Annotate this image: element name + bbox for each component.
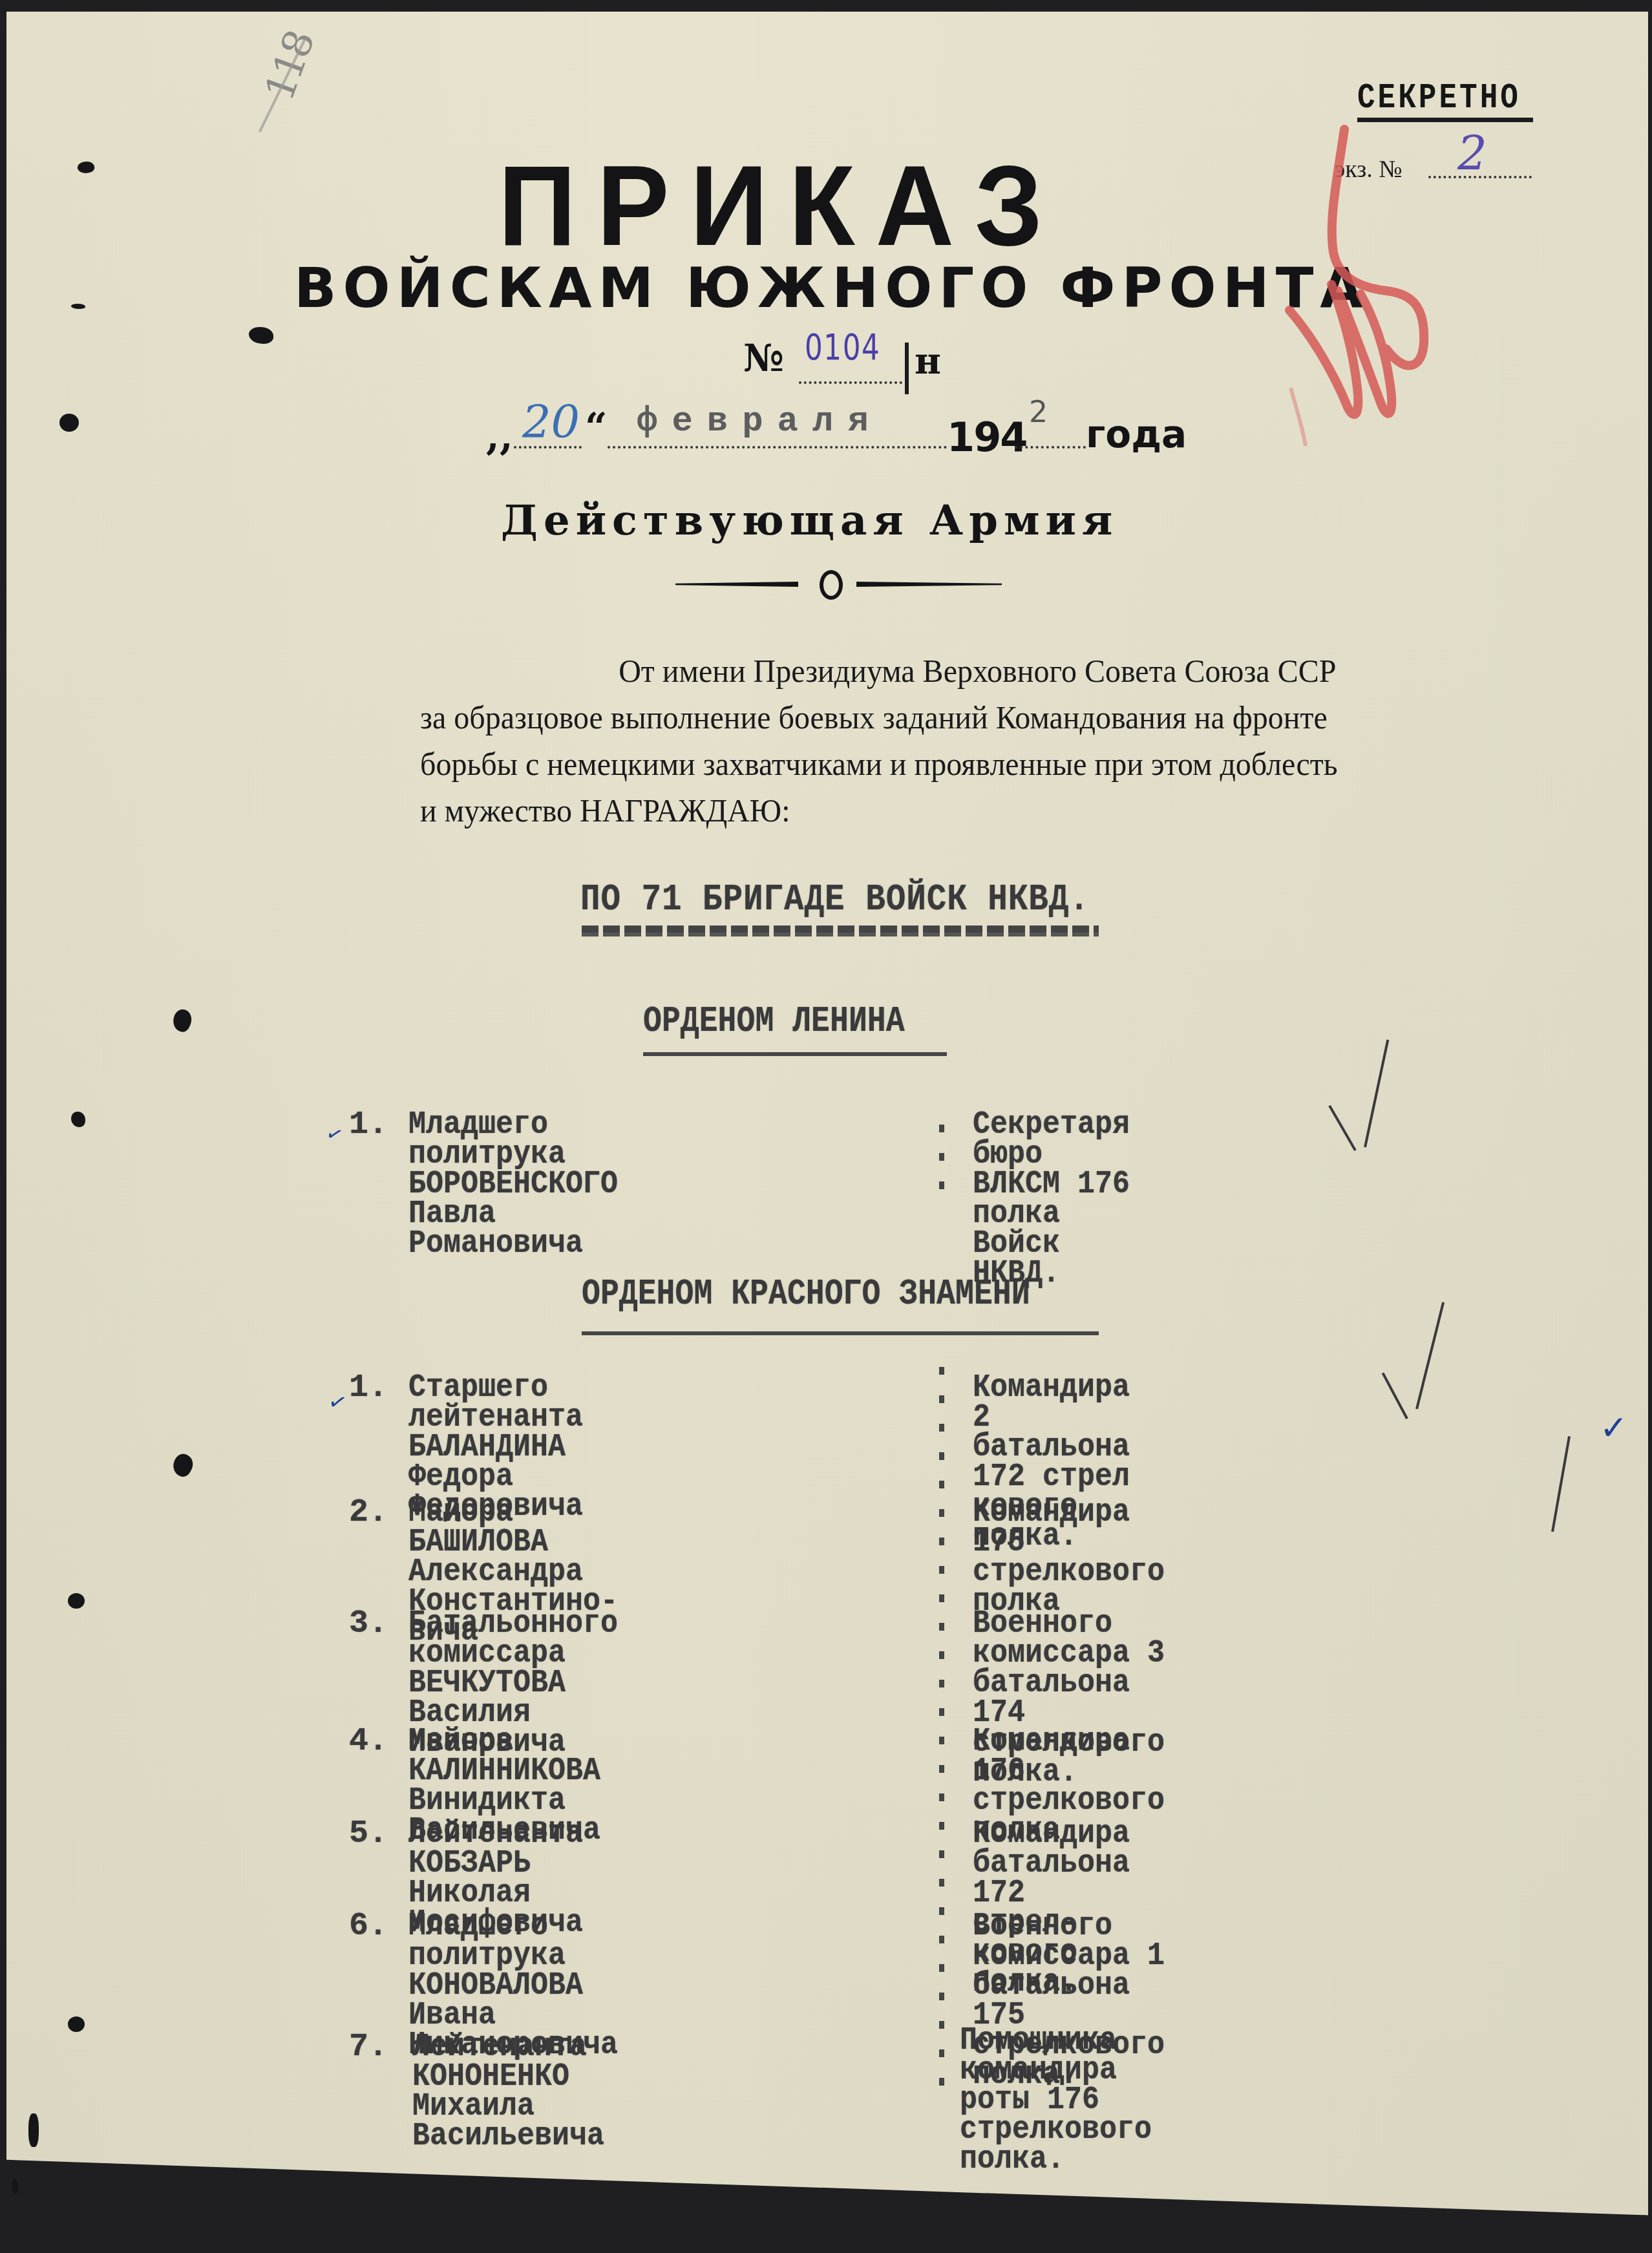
- unit-heading: ПО 71 БРИГАДЕ ВОЙСК НКВД.: [580, 879, 1090, 921]
- date-year-line: [1015, 446, 1086, 449]
- document-subtitle: ВОЙСКАМ ЮЖНОГО ФРОНТА: [294, 256, 1370, 321]
- date-year-prefix: 194: [947, 414, 1026, 461]
- column-separator: [939, 1367, 944, 2104]
- recipient-name: Лейтенанта КОНОНЕНКО Михаила Васильевича: [412, 2033, 604, 2152]
- location-heading: Действующая Армия: [501, 496, 1118, 545]
- punch-hole: [71, 1112, 85, 1127]
- punch-hole: [59, 414, 79, 432]
- item-number: 4.: [349, 1727, 388, 1757]
- preamble-line: за образцовое выполнение боевых заданий …: [420, 699, 1328, 735]
- order-number-separator: [905, 343, 909, 394]
- order-number-label: №: [743, 336, 784, 380]
- order-number-value: 0104: [805, 326, 880, 368]
- section-heading-underline: [643, 1052, 947, 1056]
- date-open-quote: ,,: [486, 414, 513, 459]
- preamble-line: От имени Президиума Верховного Совета Со…: [619, 653, 1336, 689]
- item-number: 5.: [349, 1819, 388, 1849]
- item-number: 6.: [349, 1912, 388, 1941]
- punch-hole: [68, 2016, 85, 2032]
- item-number: 2.: [349, 1498, 388, 1528]
- order-number-line: [799, 381, 902, 384]
- item-number: 1.: [349, 1373, 388, 1403]
- recipient-position: Помощника командира роты 176 стрелкового…: [960, 2026, 1152, 2175]
- punch-hole: [12, 2179, 18, 2194]
- recipient-name: Младшего политрука БОРОВЕНСКОГО Павла Ро…: [408, 1110, 618, 1259]
- unit-heading-double-underline: [582, 933, 1099, 936]
- order-number-suffix: н: [915, 340, 941, 383]
- punch-hole: [28, 2113, 39, 2147]
- section-heading-order-of-lenin: ОРДЕНОМ ЛЕНИНА: [643, 1000, 905, 1042]
- preamble-line: борьбы с немецкими захватчиками и проявл…: [420, 746, 1338, 782]
- preamble-line: и мужество НАГРАЖДАЮ:: [420, 792, 790, 829]
- date-close-quote: “: [585, 405, 608, 450]
- date-year-suffix: 2: [1029, 394, 1048, 429]
- date-month-line: [608, 446, 947, 449]
- section-heading-underline: [582, 1331, 1099, 1335]
- ornament-circle-icon: [820, 570, 843, 600]
- classification-label: СЕКРЕТНО: [1357, 79, 1521, 118]
- item-number: 1.: [349, 1110, 388, 1140]
- blue-check-mark: ✓: [1600, 1409, 1628, 1448]
- recipient-position: Командира 175 стрелкового полка: [973, 1498, 1165, 1617]
- item-number: 7.: [349, 2033, 388, 2062]
- date-day: 20: [522, 396, 580, 449]
- punch-hole: [71, 304, 85, 309]
- date-year-word: года: [1086, 412, 1187, 456]
- punch-hole: [68, 1593, 85, 1609]
- column-separator: [939, 1125, 944, 1209]
- red-signature-mark: [1276, 116, 1445, 452]
- date-month: февраля: [637, 402, 883, 441]
- preamble-text: От имени Президиума Верховного Совета Со…: [420, 648, 1487, 834]
- recipient-position: Секретаря бюро ВЛКСМ 176 полка Войск НКВ…: [973, 1110, 1130, 1289]
- section-heading-order-of-red-banner: ОРДЕНОМ КРАСНОГО ЗНАМЕНИ: [582, 1273, 1030, 1315]
- item-number: 3.: [349, 1609, 388, 1639]
